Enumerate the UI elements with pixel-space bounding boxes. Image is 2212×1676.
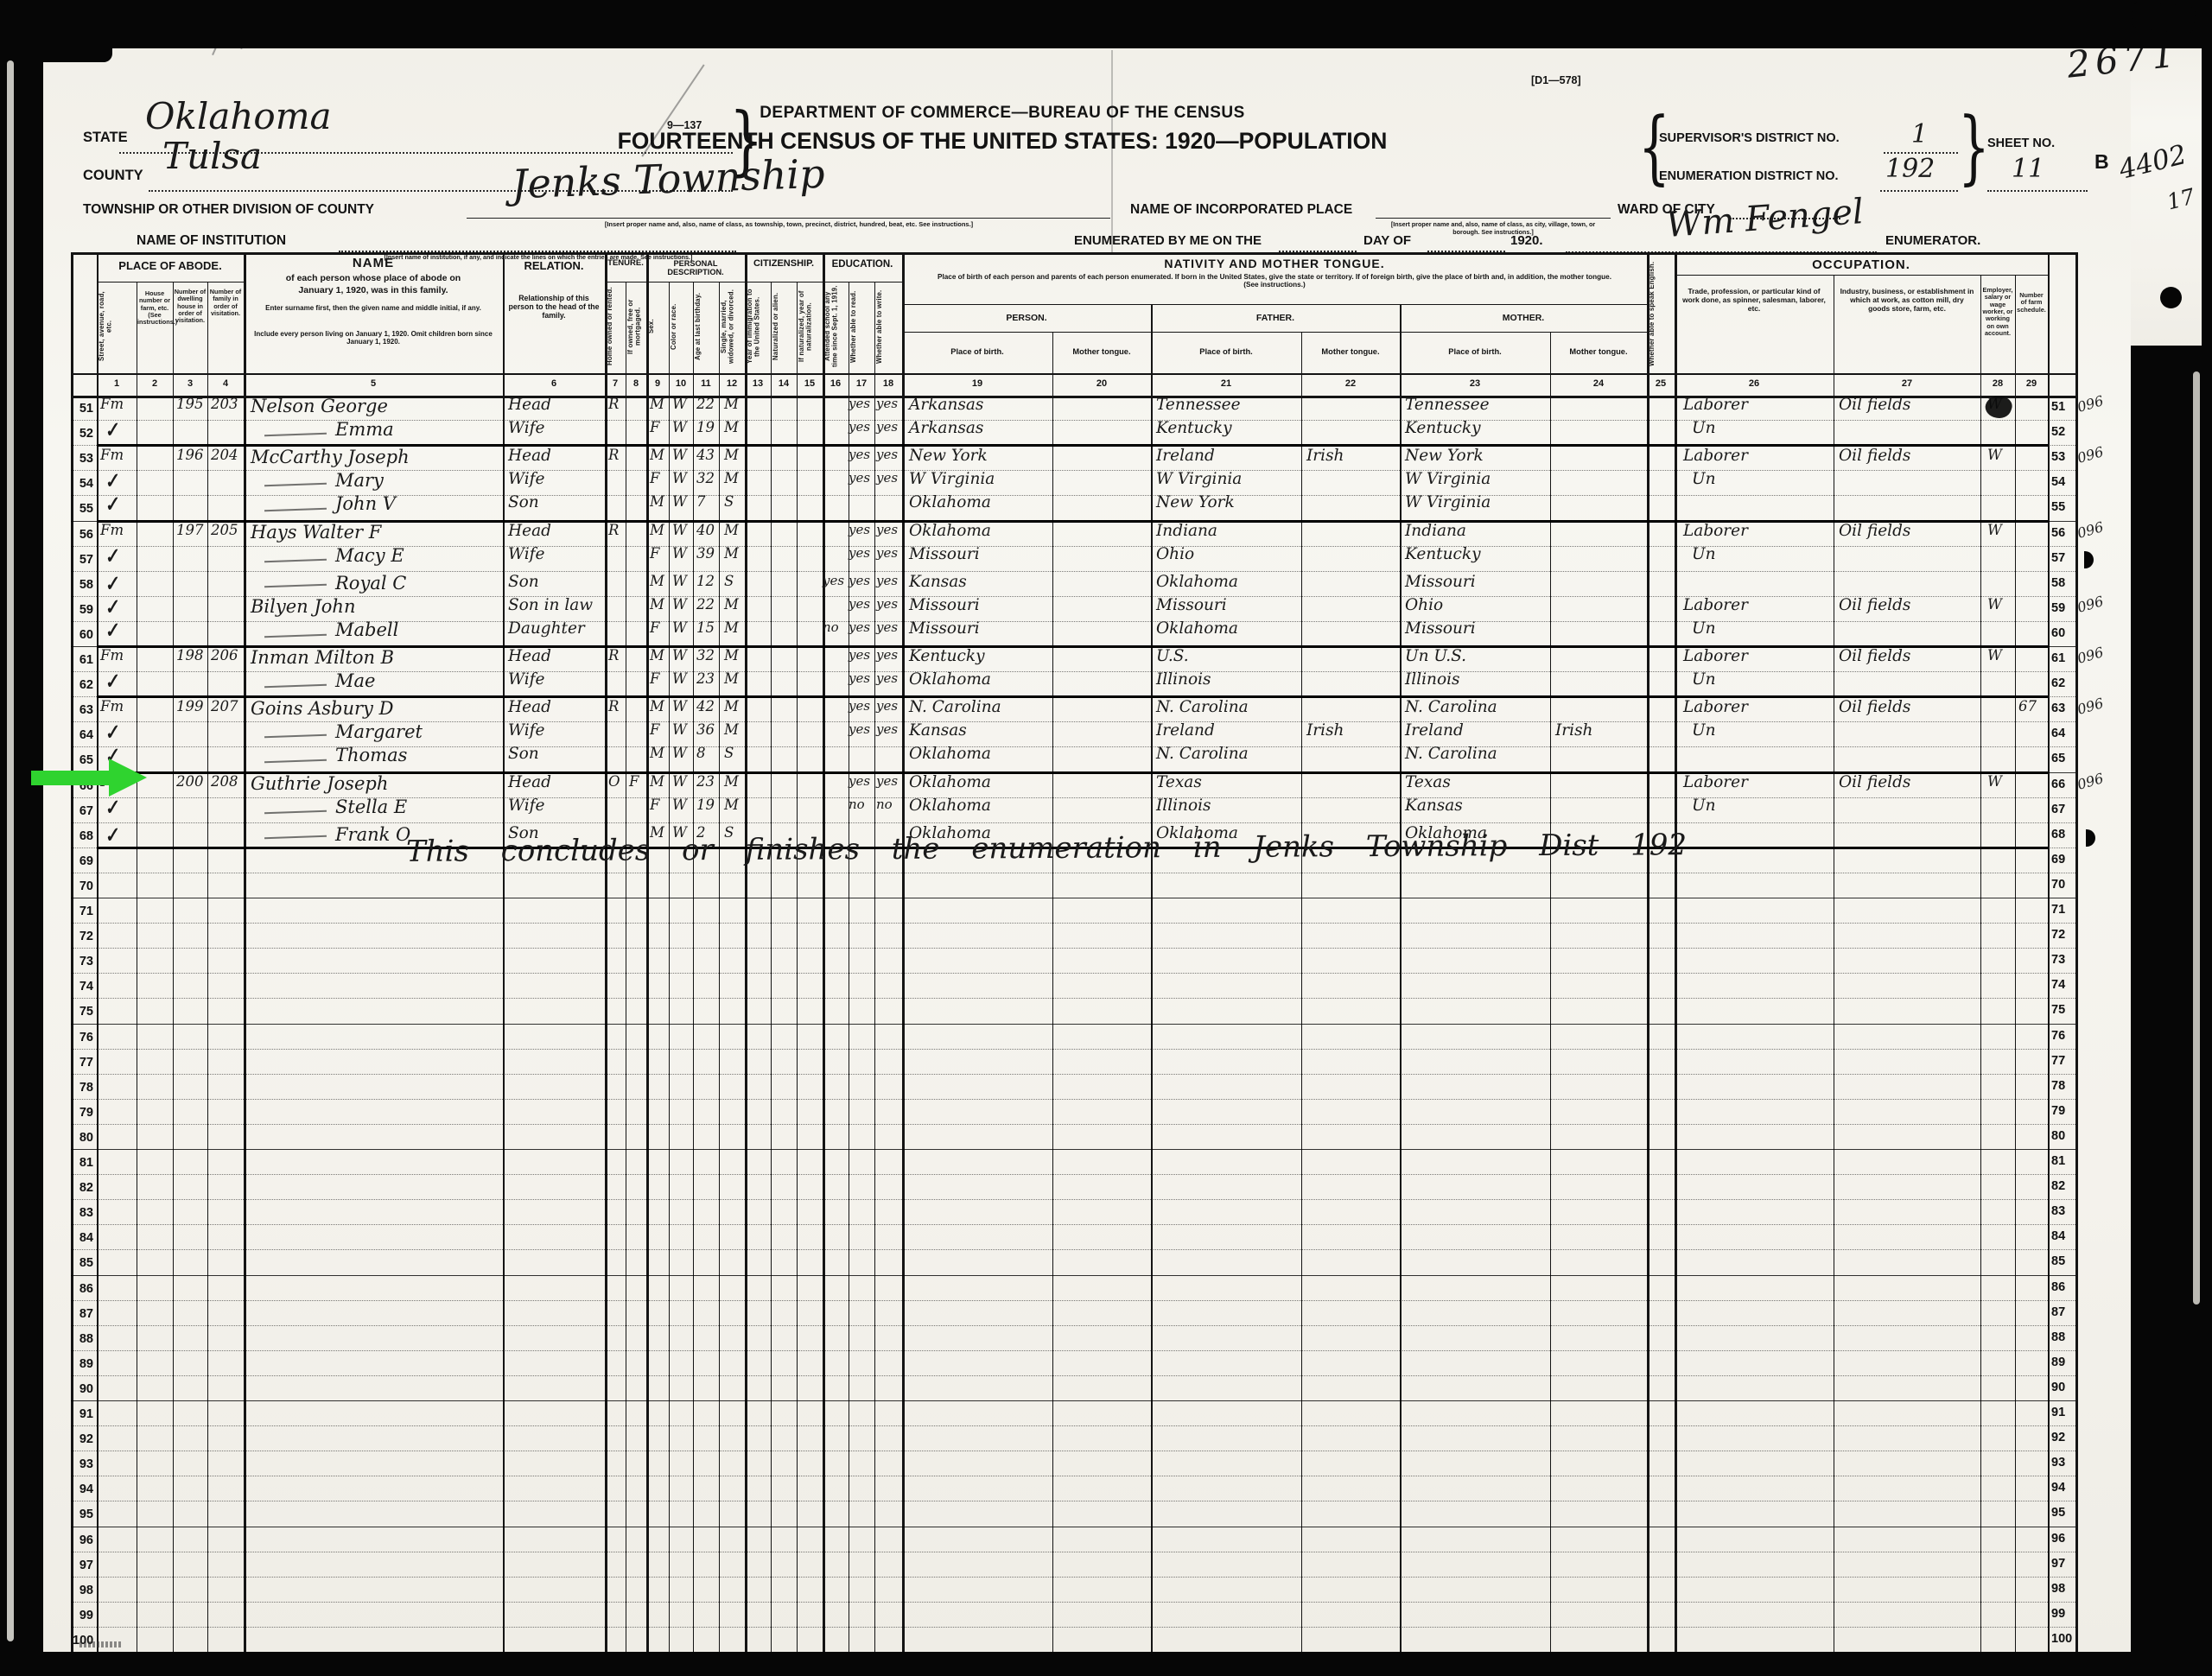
cell-name-51: Nelson George [251, 396, 388, 416]
cell-employment-class-66: W [1987, 773, 2002, 790]
cell-family-56: 205 [211, 522, 238, 538]
cell-street-51: Fm [100, 396, 124, 412]
cell-marital-53: M [724, 447, 739, 463]
sheet-number-line [1987, 190, 2088, 192]
column-number-6: 6 [503, 378, 605, 389]
cell-relation-59: Son in law [508, 596, 593, 614]
row-number-right-65: 65 [2051, 752, 2065, 765]
group-nativity: NATIVITY AND MOTHER TONGUE. [902, 257, 1647, 270]
table-rule-vertical [2015, 275, 2016, 1653]
row-line-75 [71, 1024, 2075, 1025]
row-number-left-65: 65 [73, 753, 93, 767]
cell-age-59: 22 [696, 596, 715, 613]
cell-industry-63: Oil fields [1839, 698, 1910, 716]
cell-read-59: yes [849, 596, 870, 612]
row-number-right-91: 91 [2051, 1406, 2065, 1419]
cell-sex-52: F [650, 419, 659, 435]
row-number-right-75: 75 [2051, 1003, 2065, 1017]
row-number-left-85: 85 [73, 1256, 93, 1270]
row-number-left-83: 83 [73, 1206, 93, 1220]
cell-sex-66: M [650, 773, 664, 790]
cell-sex-54: F [650, 470, 659, 486]
cell-pob-56: Oklahoma [909, 522, 991, 540]
row-number-left-57: 57 [73, 553, 93, 567]
cell-color-52: W [672, 419, 687, 435]
supervisors-district-label: SUPERVISOR'S DISTRICT NO. [1659, 131, 1840, 145]
cell-father-pob-54: W Virginia [1156, 470, 1242, 488]
cell-father-pob-64: Ireland [1156, 721, 1215, 740]
cell-occupation-62: Un [1692, 670, 1716, 689]
row-line-83 [71, 1224, 2075, 1225]
name-header-line2: January 1, 1920, was in this family. [245, 285, 501, 295]
col-head-12: Single, married, widowed, or divorced. [721, 285, 743, 368]
cell-sex-57: F [650, 545, 659, 562]
row-number-right-96: 96 [2051, 1532, 2065, 1546]
cell-mother-pob-54: W Virginia [1405, 470, 1491, 488]
county-label: COUNTY [83, 168, 143, 184]
mother-pob-label: Place of birth. [1400, 347, 1550, 356]
page-title: FOURTEENTH CENSUS OF THE UNITED STATES: … [553, 128, 1452, 155]
row-number-left-84: 84 [73, 1231, 93, 1245]
cell-name-60: Mabell [335, 619, 398, 640]
row-line-80 [71, 1149, 2075, 1150]
row-number-right-69: 69 [2051, 853, 2065, 867]
row-number-right-85: 85 [2051, 1254, 2065, 1268]
cell-occupation-61: Laborer [1683, 647, 1748, 665]
column-number-17: 17 [849, 378, 874, 389]
cell-write-59: yes [876, 596, 898, 612]
cell-pob-54: W Virginia [909, 470, 995, 488]
relation-note: Relationship of this person to the head … [508, 294, 600, 320]
table-rule-vertical [2048, 252, 2050, 1653]
cell-sex-59: M [650, 596, 664, 613]
column-number-14: 14 [771, 378, 797, 389]
row-number-right-82: 82 [2051, 1179, 2065, 1193]
cell-age-67: 19 [696, 797, 715, 813]
cell-name-62: Mae [335, 670, 375, 691]
cell-occupation-67: Un [1692, 797, 1716, 815]
row-line-99 [71, 1627, 2075, 1628]
row-line-70 [71, 898, 2075, 898]
cell-read-58: yes [849, 573, 870, 588]
table-rule-vertical [669, 282, 670, 1653]
row-number-left-59: 59 [73, 603, 93, 617]
cell-occupation-59: Laborer [1683, 596, 1748, 614]
row-line-69 [71, 873, 2075, 873]
cell-street-56: Fm [100, 522, 124, 538]
column-number-2: 2 [137, 378, 173, 389]
cell-mother-pob-51: Tennessee [1405, 396, 1490, 414]
cell-occupation-56: Laborer [1683, 522, 1748, 540]
cell-name-61: Inman Milton B [251, 647, 394, 668]
cell-occupation-66: Laborer [1683, 773, 1748, 791]
cell-color-62: W [672, 670, 687, 687]
table-rule-vertical [605, 252, 607, 1653]
cell-name-64: Margaret [335, 721, 423, 742]
cell-sex-58: M [650, 573, 664, 589]
cell-color-58: W [672, 573, 687, 589]
cell-color-67: W [672, 797, 687, 813]
row-number-right-59: 59 [2051, 601, 2065, 615]
state-value: Oklahoma [145, 95, 332, 137]
cell-marital-63: M [724, 698, 739, 714]
cell-name-52: Emma [335, 419, 394, 440]
enumeration-district-value: 192 [1885, 154, 1935, 184]
row-line-90 [71, 1400, 2075, 1401]
table-rule-vertical [719, 282, 720, 1653]
row-number-right-93: 93 [2051, 1456, 2065, 1470]
cell-write-66: yes [876, 773, 898, 789]
cell-father-pob-56: Indiana [1156, 522, 1217, 540]
bottom-imprint [79, 1641, 121, 1647]
cell-sex-63: M [650, 698, 664, 714]
col-head-13: Year of immigration to the United States… [747, 285, 769, 368]
row-number-right-62: 62 [2051, 676, 2065, 690]
row-number-left-63: 63 [73, 703, 93, 717]
row-number-right-76: 76 [2051, 1029, 2065, 1043]
cell-read-62: yes [849, 670, 870, 686]
column-number-16: 16 [823, 378, 849, 389]
group-tenure: TENURE. [605, 258, 646, 268]
sheet-letter: B [2094, 150, 2109, 174]
table-rule-vertical [2075, 252, 2078, 1653]
cell-color-63: W [672, 698, 687, 714]
person-mt-label: Mother tongue. [1052, 347, 1151, 356]
row-number-right-86: 86 [2051, 1280, 2065, 1294]
cell-color-55: W [672, 493, 687, 510]
cell-pob-60: Missouri [909, 619, 980, 638]
column-number-10: 10 [669, 378, 693, 389]
row-number-right-79: 79 [2051, 1104, 2065, 1118]
row-locator-arrow-head [109, 759, 147, 797]
cell-farm-schedule-63: 67 [2018, 698, 2037, 714]
row-number-right-78: 78 [2051, 1079, 2065, 1093]
row-number-left-91: 91 [73, 1407, 93, 1421]
column-number-22: 22 [1301, 378, 1400, 389]
cell-marital-62: M [724, 670, 739, 687]
row-number-left-79: 79 [73, 1106, 93, 1120]
cell-sex-62: F [650, 670, 659, 687]
cell-father-pob-58: Oklahoma [1156, 573, 1238, 591]
row-line-95 [71, 1527, 2075, 1527]
cell-marital-59: M [724, 596, 739, 613]
cell-free-mortgaged-66: F [629, 773, 639, 790]
row-number-left-53: 53 [73, 452, 93, 466]
column-number-24: 24 [1550, 378, 1647, 389]
cell-color-66: W [672, 773, 687, 790]
father-pob-label: Place of birth. [1151, 347, 1301, 356]
cell-occupation-53: Laborer [1683, 447, 1748, 465]
cell-color-59: W [672, 596, 687, 613]
cell-age-62: 23 [696, 670, 715, 687]
cell-relation-60: Daughter [508, 619, 585, 638]
row-number-left-54: 54 [73, 477, 93, 491]
row-number-left-82: 82 [73, 1181, 93, 1195]
table-rule-horizontal [1675, 275, 2048, 276]
cell-read-52: yes [849, 419, 870, 435]
cell-relation-58: Son [508, 573, 539, 591]
row-number-right-55: 55 [2051, 500, 2065, 514]
row-number-right-98: 98 [2051, 1582, 2065, 1596]
table-rule-vertical [1834, 275, 1834, 1653]
row-number-left-64: 64 [73, 728, 93, 742]
cell-pob-61: Kentucky [909, 647, 985, 665]
incorporated-place-note: [Insert proper name and, also, name of c… [1377, 220, 1609, 236]
film-edge-top [0, 0, 2212, 48]
cell-write-56: yes [876, 522, 898, 537]
row-line-76 [71, 1049, 2075, 1050]
table-rule-vertical [244, 252, 246, 1653]
person-pob-label: Place of birth. [902, 347, 1052, 356]
table-rule-vertical [137, 282, 137, 1653]
table-rule-horizontal [605, 282, 902, 283]
row-number-right-51: 51 [2051, 400, 2065, 414]
cell-mother-pob-66: Texas [1405, 773, 1451, 791]
group-abode: PLACE OF ABODE. [97, 259, 244, 272]
col-head-2: House number or farm, etc. (See instruct… [137, 290, 172, 327]
cell-color-61: W [672, 647, 687, 663]
row-number-left-98: 98 [73, 1584, 93, 1597]
row-number-left-81: 81 [73, 1156, 93, 1170]
cell-street-53: Fm [100, 447, 124, 463]
cell-color-54: W [672, 470, 687, 486]
supervisors-district-value: 1 [1911, 119, 1928, 149]
cell-pob-63: N. Carolina [909, 698, 1001, 716]
row-number-right-97: 97 [2051, 1557, 2065, 1571]
cell-color-57: W [672, 545, 687, 562]
nativity-father: FATHER. [1151, 313, 1400, 323]
row-number-left-99: 99 [73, 1609, 93, 1622]
cell-read-60: yes [849, 619, 870, 635]
col-head-9: Sex. [648, 285, 667, 368]
row-number-left-80: 80 [73, 1131, 93, 1145]
col-head-27: Industry, business, or establishment in … [1839, 287, 1975, 313]
column-number-18: 18 [874, 378, 902, 389]
row-number-left-62: 62 [73, 678, 93, 692]
film-edge-right-top [2202, 0, 2212, 356]
name-header-note1: Enter surname first, then the given name… [251, 304, 496, 312]
row-number-right-80: 80 [2051, 1129, 2065, 1143]
row-number-right-57: 57 [2051, 551, 2065, 565]
cell-write-62: yes [876, 670, 898, 686]
film-sliver-right [2193, 371, 2200, 1305]
cell-relation-65: Son [508, 745, 539, 763]
cell-mother-pob-65: N. Carolina [1405, 745, 1497, 763]
cell-age-60: 15 [696, 619, 715, 636]
sheet-label: SHEET NO. [1987, 136, 2055, 150]
row-number-right-70: 70 [2051, 878, 2065, 892]
cell-school-58: yes [823, 573, 844, 588]
row-number-right-52: 52 [2051, 425, 2065, 439]
district-brace-right: } [1958, 100, 1990, 194]
cell-age-53: 43 [696, 447, 715, 463]
cell-father-pob-57: Ohio [1156, 545, 1194, 563]
cell-read-51: yes [849, 396, 870, 411]
column-number-11: 11 [693, 378, 719, 389]
column-number-23: 23 [1400, 378, 1550, 389]
cell-sex-53: M [650, 447, 664, 463]
row-number-left-94: 94 [73, 1482, 93, 1496]
row-number-left-96: 96 [73, 1533, 93, 1547]
row-number-right-73: 73 [2051, 953, 2065, 967]
row-line-91 [71, 1425, 2075, 1426]
cell-relation-56: Head [508, 522, 551, 540]
cell-industry-59: Oil fields [1839, 596, 1910, 614]
row-number-right-89: 89 [2051, 1355, 2065, 1369]
cell-age-63: 42 [696, 698, 715, 714]
table-rule-vertical [1301, 332, 1302, 1653]
column-number-26: 26 [1675, 378, 1834, 389]
row-number-left-74: 74 [73, 980, 93, 994]
cell-sex-51: M [650, 396, 664, 412]
cell-sex-61: M [650, 647, 664, 663]
cell-dwelling-51: 195 [176, 396, 204, 412]
cell-pob-59: Missouri [909, 596, 980, 614]
row-line-94 [71, 1501, 2075, 1501]
cell-age-66: 23 [696, 773, 715, 790]
table-rule-vertical [1980, 275, 1981, 1653]
group-personal: PERSONAL DESCRIPTION. [646, 259, 745, 276]
row-locator-arrow [31, 771, 109, 785]
table-rule-horizontal [97, 282, 244, 283]
cell-mother-pob-58: Missouri [1405, 573, 1476, 591]
cell-read-54: yes [849, 470, 870, 486]
cell-marital-64: M [724, 721, 739, 738]
cell-marital-65: S [724, 745, 734, 761]
cell-father-pob-67: Illinois [1156, 797, 1211, 815]
row-number-left-87: 87 [73, 1307, 93, 1321]
row-number-right-95: 95 [2051, 1506, 2065, 1520]
row-number-left-56: 56 [73, 528, 93, 542]
cell-write-60: yes [876, 619, 898, 635]
row-line-85 [71, 1275, 2075, 1276]
row-number-left-92: 92 [73, 1432, 93, 1446]
table-rule-horizontal [902, 332, 1647, 333]
year-label: 1920. [1510, 233, 1543, 248]
col-head-8: If owned, free or mortgaged. [627, 285, 645, 368]
cell-age-56: 40 [696, 522, 715, 538]
cell-marital-66: M [724, 773, 739, 790]
cell-pob-51: Arkansas [909, 396, 983, 414]
incorporated-place-line [1376, 218, 1611, 219]
row-line-74 [71, 998, 2075, 999]
col-head-16: Attended school any time since Sept. 1, … [824, 285, 847, 368]
column-number-12: 12 [719, 378, 745, 389]
table-rule-vertical [874, 282, 875, 1653]
row-number-right-90: 90 [2051, 1381, 2065, 1394]
cell-write-53: yes [876, 447, 898, 462]
col-head-29: Number of farm schedule. [2017, 292, 2046, 314]
row-number-right-77: 77 [2051, 1054, 2065, 1068]
cell-pob-67: Oklahoma [909, 797, 991, 815]
cell-relation-52: Wife [508, 419, 544, 437]
group-citizenship: CITIZENSHIP. [745, 258, 823, 269]
row-number-left-97: 97 [73, 1559, 93, 1572]
table-rule-vertical [207, 282, 208, 1653]
cell-relation-54: Wife [508, 470, 544, 488]
cell-occupation-52: Un [1692, 419, 1716, 437]
cell-mother-pob-64: Ireland [1405, 721, 1464, 740]
cell-occupation-54: Un [1692, 470, 1716, 488]
row-number-right-92: 92 [2051, 1431, 2065, 1444]
row-number-left-69: 69 [73, 854, 93, 868]
film-sliver-left [7, 60, 14, 1641]
cell-mother-pob-56: Indiana [1405, 522, 1466, 540]
cell-father-pob-53: Ireland [1156, 447, 1215, 465]
cell-name-56: Hays Walter F [251, 522, 381, 543]
column-number-1: 1 [97, 378, 137, 389]
institution-label: NAME OF INSTITUTION [137, 233, 286, 249]
cell-father-pob-55: New York [1156, 493, 1235, 511]
cell-father-tongue-64: Irish [1306, 721, 1344, 740]
cell-family-66: 208 [211, 773, 238, 790]
row-number-right-94: 94 [2051, 1481, 2065, 1495]
cell-dwelling-63: 199 [176, 698, 204, 714]
row-number-right-72: 72 [2051, 928, 2065, 942]
col-head-28: Employer, salary or wage worker, or work… [1981, 287, 2014, 337]
cell-name-54: Mary [335, 470, 384, 491]
cell-mother-pob-60: Missouri [1405, 619, 1476, 638]
table-rule-vertical [771, 282, 772, 1653]
column-number-21: 21 [1151, 378, 1301, 389]
col-head-7: Home owned or rented. [607, 285, 624, 368]
cell-write-58: yes [876, 573, 898, 588]
cell-marital-54: M [724, 470, 739, 486]
father-mt-label: Mother tongue. [1301, 347, 1400, 356]
cell-relation-62: Wife [508, 670, 544, 689]
cell-mother-pob-61: Un U.S. [1405, 647, 1466, 665]
cell-read-56: yes [849, 522, 870, 537]
cell-marital-55: S [724, 493, 734, 510]
row-number-left-61: 61 [73, 653, 93, 667]
family-divider-55 [97, 520, 2048, 523]
column-number-29: 29 [2015, 378, 2048, 389]
row-line-67 [71, 822, 2075, 823]
cell-mother-pob-67: Kansas [1405, 797, 1463, 815]
column-number-27: 27 [1834, 378, 1980, 389]
table-rule-vertical [823, 252, 825, 1653]
cell-name-59: Bilyen John [251, 596, 355, 617]
cell-read-67: no [849, 797, 865, 812]
row-line-89 [71, 1375, 2075, 1376]
row-number-right-67: 67 [2051, 803, 2065, 816]
cell-name-57: Macy E [335, 545, 404, 566]
cell-pob-57: Missouri [909, 545, 980, 563]
cell-sex-64: F [650, 721, 659, 738]
cell-pob-58: Kansas [909, 573, 967, 591]
table-rule-vertical [1052, 332, 1053, 1653]
row-line-98 [71, 1602, 2075, 1603]
row-number-right-60: 60 [2051, 626, 2065, 640]
cell-name-53: McCarthy Joseph [251, 447, 410, 467]
row-line-72 [71, 948, 2075, 949]
cell-dwelling-61: 198 [176, 647, 204, 663]
col-head-4: Number of family in order of visitation. [208, 289, 243, 317]
cell-sex-55: M [650, 493, 664, 510]
row-number-right-84: 84 [2051, 1229, 2065, 1243]
cell-read-61: yes [849, 647, 870, 663]
row-number-left-73: 73 [73, 955, 93, 968]
col-head-18: Whether able to write. [876, 285, 900, 368]
row-number-left-89: 89 [73, 1357, 93, 1371]
cell-write-63: yes [876, 698, 898, 714]
row-number-left-76: 76 [73, 1031, 93, 1044]
table-rule-vertical [849, 282, 849, 1653]
cell-father-pob-66: Texas [1156, 773, 1202, 791]
row-number-left-90: 90 [73, 1382, 93, 1396]
row-line-88 [71, 1350, 2075, 1351]
cell-age-61: 32 [696, 647, 715, 663]
